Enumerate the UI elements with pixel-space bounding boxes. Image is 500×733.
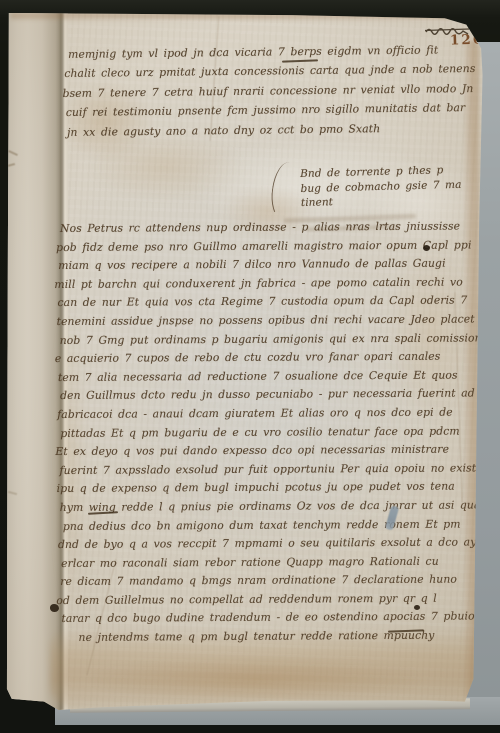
manuscript-photo-scene: 126 memjnig tym vl ipod jn dca vicaria 7… [0,0,500,733]
ink-blot [414,605,420,610]
text-line: jn xx die agusty ano a nato dny oz cct b… [67,121,476,145]
paragraph-main-order: Nos Petrus rc attendens nup ordinasse - … [54,219,490,649]
stain-bottom-core [90,657,420,702]
manuscript-page: 126 memjnig tym vl ipod jn dca vicaria 7… [6,12,483,710]
signature-block: Bnd de torrente p thes p bug de cobmacho… [300,164,462,212]
stain-top-edge [10,12,480,19]
ink-blot [50,604,59,612]
ink-blot [423,245,430,251]
paragraph-royal-order: memjnig tym vl ipod jn dca vicaria 7 ber… [62,43,476,145]
signature-flourish [268,160,303,220]
text-line: ne jntendms tame q pm bugl tenatur redde… [78,628,490,649]
signature-line: tinent [301,193,462,212]
